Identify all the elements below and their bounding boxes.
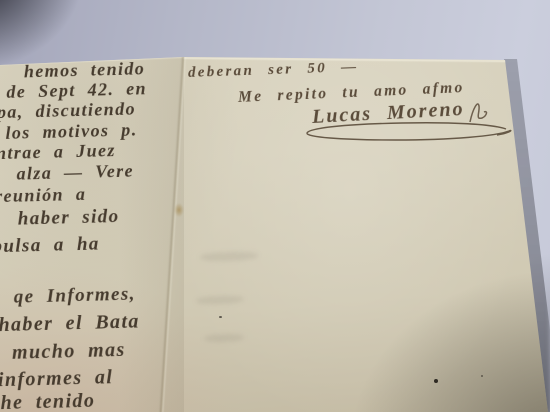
ink-speck [219,316,222,318]
letter-paper: hemos tenido de Sept 42. en pa, discutie… [0,0,550,412]
handwritten-line: qe Informes, [14,284,137,309]
ink-speck [481,375,483,377]
ink-speck [434,379,438,383]
handwritten-line: pulsa a ha [0,233,100,258]
letter-photograph: hemos tenido de Sept 42. en pa, discutie… [0,0,550,412]
handwritten-line: haber el Bata [0,310,140,337]
handwritten-line: informes al [0,366,114,392]
handwritten-line: haber sido [17,206,119,231]
handwritten-line: , mucho mas [0,339,126,365]
handwritten-line: he tenido [0,390,95,412]
signature-flourish [300,120,515,146]
handwritten-line: reunión a [0,184,87,207]
handwritten-line: alza — Vere [16,161,134,185]
